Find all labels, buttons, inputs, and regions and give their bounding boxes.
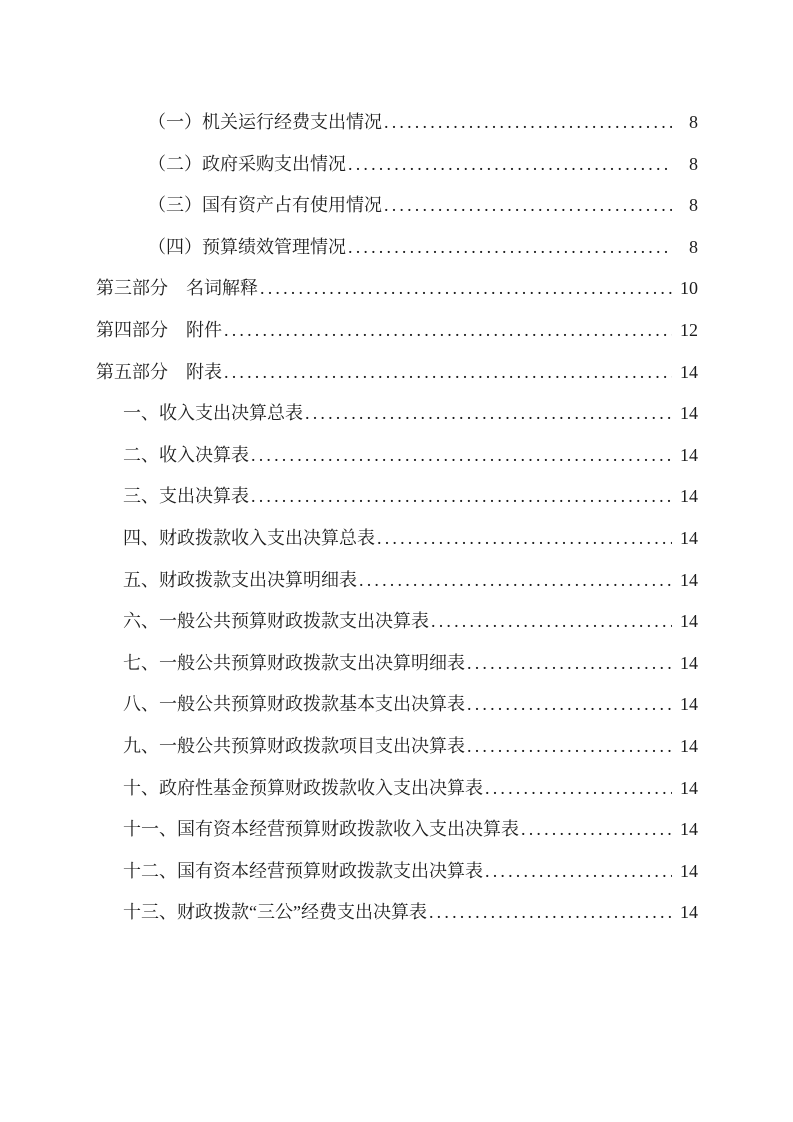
toc-entry[interactable]: （三）国有资产占有使用情况 8: [96, 185, 698, 227]
dot-leader: [251, 476, 672, 518]
toc-entry-label: 第四部分 附件: [96, 310, 222, 352]
toc-entry[interactable]: 四、财政拨款收入支出决算总表 14: [96, 518, 698, 560]
dot-leader: [521, 809, 672, 851]
toc-entry-label: 六、一般公共预算财政拨款支出决算表: [123, 601, 429, 643]
toc-entry-page: 14: [672, 435, 698, 477]
toc-entry-page: 14: [672, 518, 698, 560]
toc-entry-page: 14: [672, 768, 698, 810]
toc-entry-label: 十三、财政拨款“三公”经费支出决算表: [123, 892, 427, 934]
toc-entry-page: 8: [672, 102, 698, 144]
toc-entry-page: 14: [672, 684, 698, 726]
toc-entry-page: 14: [672, 643, 698, 685]
toc-entry-label: 二、收入决算表: [123, 435, 249, 477]
toc-entry[interactable]: 七、一般公共预算财政拨款支出决算明细表 14: [96, 643, 698, 685]
toc-entry-page: 14: [672, 393, 698, 435]
toc-entry[interactable]: 六、一般公共预算财政拨款支出决算表 14: [96, 601, 698, 643]
toc-entry-page: 14: [672, 726, 698, 768]
toc-entry[interactable]: （二）政府采购支出情况 8: [96, 144, 698, 186]
toc-entry-page: 10: [672, 268, 698, 310]
dot-leader: [348, 227, 672, 269]
toc-entry[interactable]: 第四部分 附件 12: [96, 310, 698, 352]
toc-entry-page: 8: [672, 227, 698, 269]
dot-leader: [384, 102, 672, 144]
toc-entry[interactable]: （四）预算绩效管理情况 8: [96, 227, 698, 269]
toc-entry-label: 第五部分 附表: [96, 352, 222, 394]
toc-list: （一）机关运行经费支出情况 8 （二）政府采购支出情况 8 （三）国有资产占有使…: [96, 102, 698, 934]
dot-leader: [251, 435, 672, 477]
toc-entry[interactable]: 十三、财政拨款“三公”经费支出决算表 14: [96, 892, 698, 934]
toc-entry-label: 五、财政拨款支出决算明细表: [123, 560, 357, 602]
toc-entry-page: 14: [672, 560, 698, 602]
toc-entry-label: 八、一般公共预算财政拨款基本支出决算表: [123, 684, 465, 726]
dot-leader: [485, 768, 672, 810]
toc-entry-label: 十一、国有资本经营预算财政拨款收入支出决算表: [123, 809, 519, 851]
toc-entry-page: 14: [672, 851, 698, 893]
dot-leader: [467, 684, 672, 726]
dot-leader: [377, 518, 672, 560]
toc-entry-page: 14: [672, 352, 698, 394]
dot-leader: [260, 268, 672, 310]
dot-leader: [348, 144, 672, 186]
toc-entry-label: 四、财政拨款收入支出决算总表: [123, 518, 375, 560]
toc-entry-page: 14: [672, 601, 698, 643]
toc-entry[interactable]: 一、收入支出决算总表 14: [96, 393, 698, 435]
toc-entry-label: 三、支出决算表: [123, 476, 249, 518]
toc-entry[interactable]: 九、一般公共预算财政拨款项目支出决算表 14: [96, 726, 698, 768]
toc-entry-page: 8: [672, 185, 698, 227]
toc-entry[interactable]: 十一、国有资本经营预算财政拨款收入支出决算表 14: [96, 809, 698, 851]
toc-entry-label: 十二、国有资本经营预算财政拨款支出决算表: [123, 851, 483, 893]
toc-entry-page: 12: [672, 310, 698, 352]
dot-leader: [467, 726, 672, 768]
toc-entry-label: （二）政府采购支出情况: [148, 144, 346, 186]
toc-entry[interactable]: 十、政府性基金预算财政拨款收入支出决算表 14: [96, 768, 698, 810]
dot-leader: [431, 601, 672, 643]
toc-entry[interactable]: 十二、国有资本经营预算财政拨款支出决算表 14: [96, 851, 698, 893]
dot-leader: [224, 352, 672, 394]
dot-leader: [305, 393, 672, 435]
toc-entry[interactable]: （一）机关运行经费支出情况 8: [96, 102, 698, 144]
dot-leader: [359, 560, 672, 602]
toc-entry-label: （三）国有资产占有使用情况: [148, 185, 382, 227]
toc-entry-label: 九、一般公共预算财政拨款项目支出决算表: [123, 726, 465, 768]
toc-entry[interactable]: 第五部分 附表 14: [96, 352, 698, 394]
dot-leader: [384, 185, 672, 227]
dot-leader: [224, 310, 672, 352]
toc-entry-label: 第三部分 名词解释: [96, 268, 258, 310]
toc-entry-label: 七、一般公共预算财政拨款支出决算明细表: [123, 643, 465, 685]
toc-entry[interactable]: 二、收入决算表 14: [96, 435, 698, 477]
toc-entry-label: 一、收入支出决算总表: [123, 393, 303, 435]
toc-entry-label: （一）机关运行经费支出情况: [148, 102, 382, 144]
dot-leader: [485, 851, 672, 893]
dot-leader: [429, 892, 672, 934]
dot-leader: [467, 643, 672, 685]
toc-entry-page: 14: [672, 476, 698, 518]
toc-entry-page: 8: [672, 144, 698, 186]
toc-entry[interactable]: 五、财政拨款支出决算明细表 14: [96, 560, 698, 602]
toc-entry-page: 14: [672, 892, 698, 934]
toc-entry[interactable]: 第三部分 名词解释 10: [96, 268, 698, 310]
toc-entry-page: 14: [672, 809, 698, 851]
toc-entry[interactable]: 三、支出决算表 14: [96, 476, 698, 518]
toc-entry-label: （四）预算绩效管理情况: [148, 227, 346, 269]
toc-entry-label: 十、政府性基金预算财政拨款收入支出决算表: [123, 768, 483, 810]
document-page: （一）机关运行经费支出情况 8 （二）政府采购支出情况 8 （三）国有资产占有使…: [0, 0, 793, 1122]
toc-entry[interactable]: 八、一般公共预算财政拨款基本支出决算表 14: [96, 684, 698, 726]
